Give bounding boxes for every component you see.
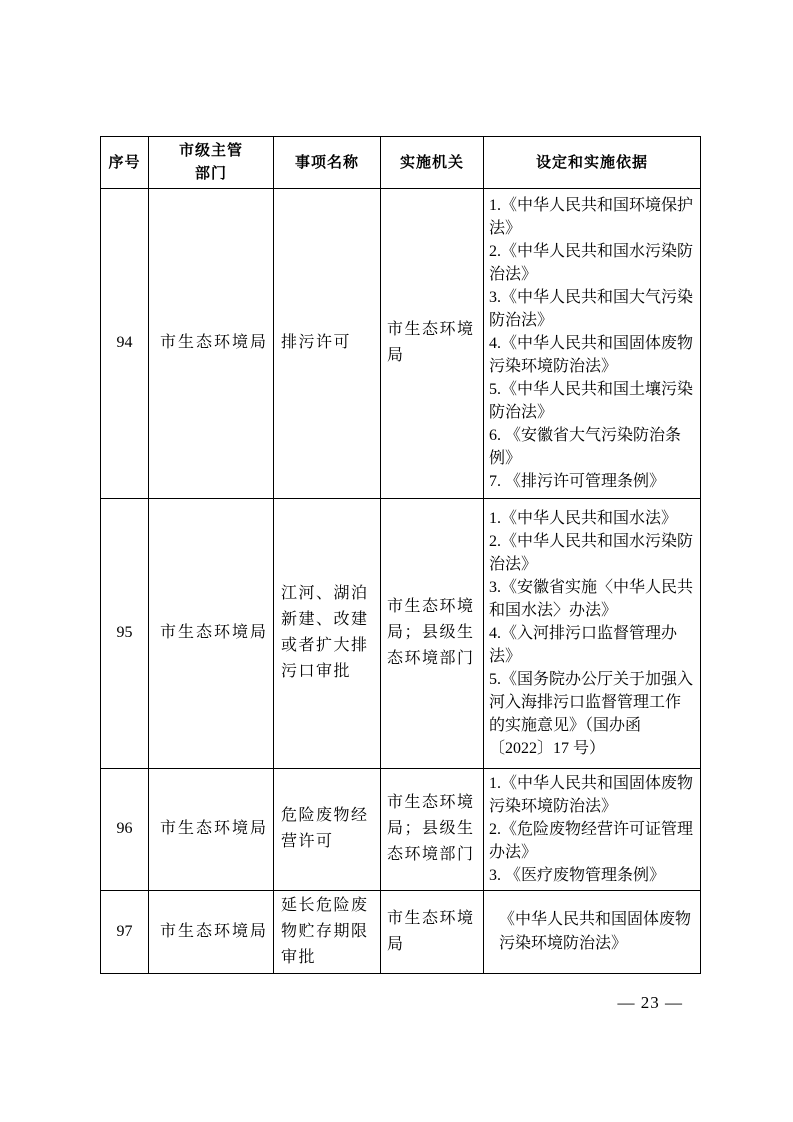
cell-serial-number: 96 bbox=[101, 768, 149, 890]
col-header-agency: 实施机关 bbox=[381, 137, 484, 189]
cell-department: 市生态环境局 bbox=[149, 768, 274, 890]
cell-item-name: 延长危险废物贮存期限审批 bbox=[274, 890, 381, 973]
cell-agency: 市生态环境局 bbox=[381, 188, 484, 498]
table-row: 97 市生态环境局 延长危险废物贮存期限审批 市生态环境局 《中华人民共和国固体… bbox=[101, 890, 701, 973]
cell-legal-basis: 《中华人民共和国固体废物污染环境防治法》 bbox=[484, 890, 701, 973]
col-header-department: 市级主管 部门 bbox=[149, 137, 274, 189]
document-page: 序号 市级主管 部门 事项名称 实施机关 设定和实施依据 94 市生态环境局 排… bbox=[0, 0, 793, 1122]
cell-legal-basis: 1.《中华人民共和国水法》 2.《中华人民共和国水污染防治法》 3.《安徽省实施… bbox=[484, 498, 701, 768]
table-row: 95 市生态环境局 江河、湖泊新建、改建或者扩大排污口审批 市生态环境局；县级生… bbox=[101, 498, 701, 768]
approval-items-table: 序号 市级主管 部门 事项名称 实施机关 设定和实施依据 94 市生态环境局 排… bbox=[100, 136, 701, 974]
cell-department: 市生态环境局 bbox=[149, 890, 274, 973]
cell-legal-basis: 1.《中华人民共和国固体废物污染环境防治法》 2.《危险废物经营许可证管理办法》… bbox=[484, 768, 701, 890]
cell-department: 市生态环境局 bbox=[149, 498, 274, 768]
table-row: 94 市生态环境局 排污许可 市生态环境局 1.《中华人民共和国环境保护法》 2… bbox=[101, 188, 701, 498]
cell-department: 市生态环境局 bbox=[149, 188, 274, 498]
table-header-row: 序号 市级主管 部门 事项名称 实施机关 设定和实施依据 bbox=[101, 137, 701, 189]
table-row: 96 市生态环境局 危险废物经营许可 市生态环境局；县级生态环境部门 1.《中华… bbox=[101, 768, 701, 890]
col-header-legal-basis: 设定和实施依据 bbox=[484, 137, 701, 189]
cell-serial-number: 95 bbox=[101, 498, 149, 768]
col-header-item-name: 事项名称 bbox=[274, 137, 381, 189]
cell-agency: 市生态环境局；县级生态环境部门 bbox=[381, 498, 484, 768]
cell-agency: 市生态环境局 bbox=[381, 890, 484, 973]
cell-item-name: 排污许可 bbox=[274, 188, 381, 498]
page-number: — 23 — bbox=[618, 993, 684, 1013]
cell-item-name: 危险废物经营许可 bbox=[274, 768, 381, 890]
cell-item-name: 江河、湖泊新建、改建或者扩大排污口审批 bbox=[274, 498, 381, 768]
col-header-serial-number: 序号 bbox=[101, 137, 149, 189]
cell-legal-basis: 1.《中华人民共和国环境保护法》 2.《中华人民共和国水污染防治法》 3.《中华… bbox=[484, 188, 701, 498]
cell-agency: 市生态环境局；县级生态环境部门 bbox=[381, 768, 484, 890]
cell-serial-number: 97 bbox=[101, 890, 149, 973]
cell-serial-number: 94 bbox=[101, 188, 149, 498]
